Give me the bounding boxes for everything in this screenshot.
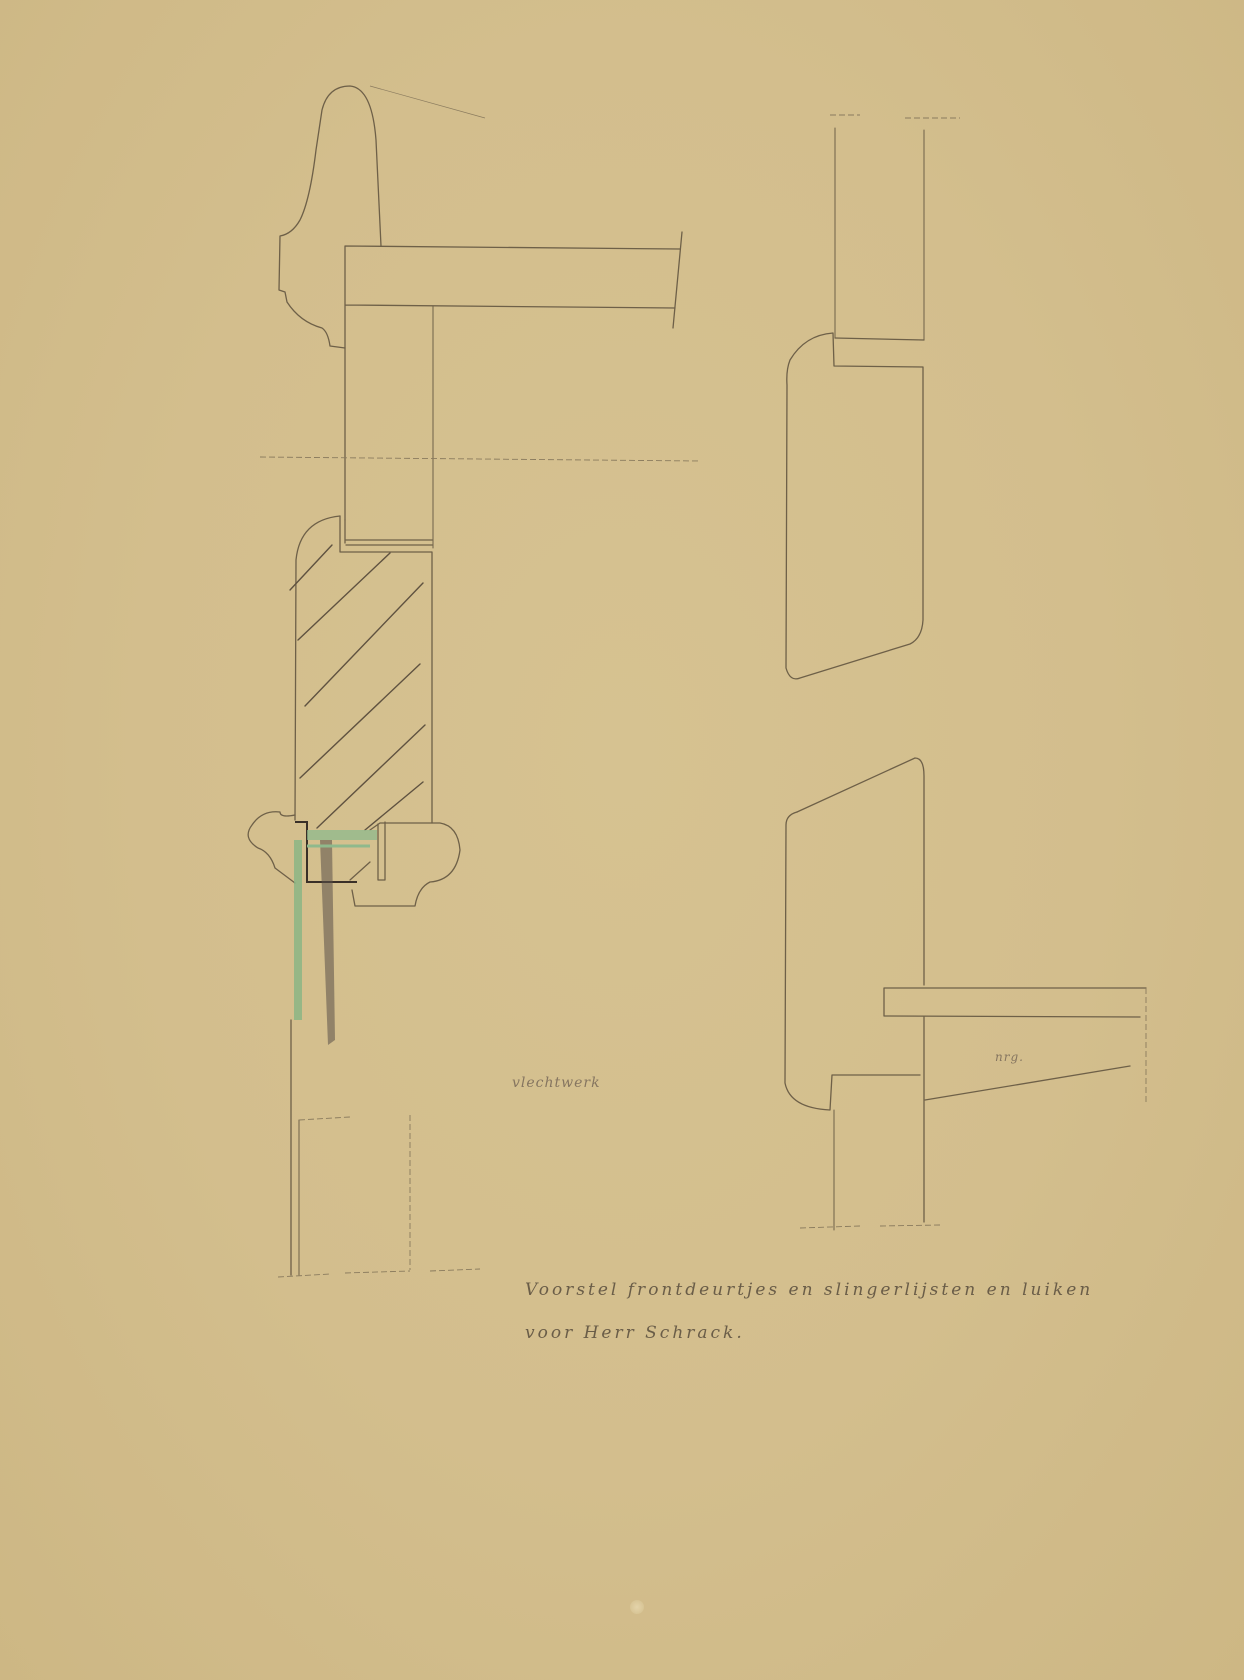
left-cornice-profile: [279, 86, 485, 348]
annotation-right: nrg.: [995, 1050, 1024, 1064]
left-lower-wall: [278, 1020, 480, 1277]
right-upper-shutter: [786, 333, 923, 679]
drawing-sheet: vlechtwerk nrg. Voorstel frontdeurtjes e…: [0, 0, 1244, 1680]
right-lower-shutter: [785, 758, 1146, 1230]
right-upper-post: [830, 115, 960, 340]
caption-line-1: Voorstel frontdeurtjes en slingerlijsten…: [525, 1280, 1093, 1300]
caption-line-2: voor Herr Schrack.: [525, 1323, 745, 1343]
annotation-left: vlechtwerk: [512, 1075, 601, 1091]
left-hatched-frame: [290, 516, 432, 830]
paper-blemish: [630, 1600, 644, 1614]
left-lower-molding: [248, 812, 460, 906]
architectural-drawing: [0, 0, 1244, 1680]
left-beam: [345, 232, 682, 548]
door-detail-colored: [294, 822, 377, 1045]
left-upper-frame: [260, 457, 700, 545]
